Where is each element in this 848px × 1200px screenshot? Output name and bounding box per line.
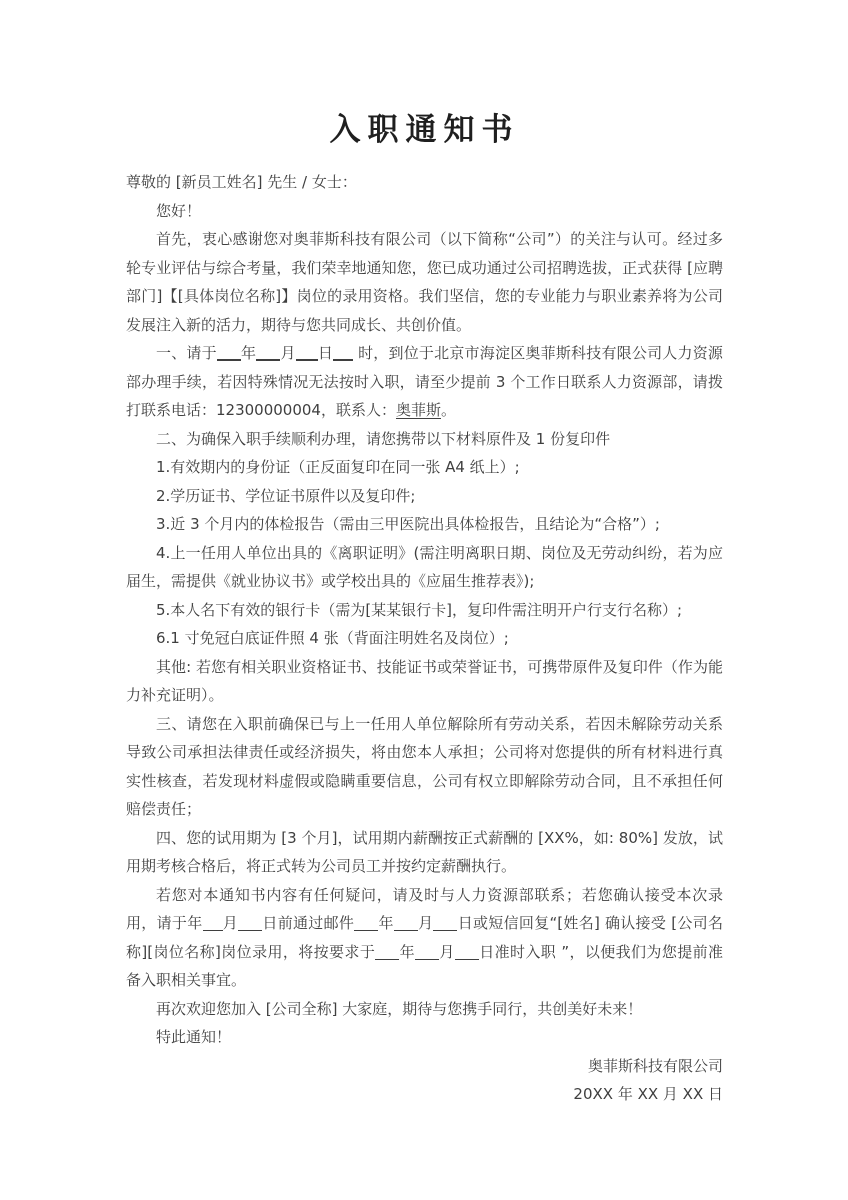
fill-in-blank bbox=[256, 344, 280, 361]
fill-in-blank bbox=[455, 944, 479, 960]
fill-in-blank bbox=[238, 915, 262, 931]
greeting: 您好！ bbox=[126, 197, 723, 226]
material-item-5: 5.本人名下有效的银行卡（需为[某某银行卡]，复印件需注明开户行支行名称）; bbox=[126, 596, 723, 625]
material-item-2: 2.学历证书、学位证书原件以及复印件; bbox=[126, 482, 723, 511]
material-item-6: 6.1 寸免冠白底证件照 4 张（背面注明姓名及岗位）; bbox=[126, 624, 723, 653]
material-item-3: 3.近 3 个月内的体检报告（需由三甲医院出具体检报告，且结论为“合格”）; bbox=[126, 510, 723, 539]
paragraph-intro: 首先，衷心感谢您对奥菲斯科技有限公司（以下简称“公司”）的关注与认可。经过多轮专… bbox=[126, 225, 723, 339]
fill-in-blank bbox=[296, 344, 318, 361]
notice-document: 入职通知书 尊敬的 [新员工姓名] 先生 / 女士： 您好！ 首先，衷心感谢您对… bbox=[0, 0, 848, 1200]
material-item-other: 其他: 若您有相关职业资格证书、技能证书或荣誉证书，可携带原件及复印件（作为能力… bbox=[126, 653, 723, 710]
fill-in-blank bbox=[333, 344, 353, 361]
material-item-4: 4.上一任用人单位出具的《离职证明》(需注明离职日期、岗位及无劳动纠纷，若为应届… bbox=[126, 539, 723, 596]
fill-in-blank bbox=[354, 915, 378, 931]
paragraph-section-three: 三、请您在入职前确保已与上一任用人单位解除所有劳动关系，若因未解除劳动关系导致公… bbox=[126, 710, 723, 824]
signature-date: 20XX 年 XX 月 XX 日 bbox=[126, 1080, 723, 1109]
fill-in-blank bbox=[394, 915, 418, 931]
material-item-1: 1.有效期内的身份证（正反面复印在同一张 A4 纸上）; bbox=[126, 453, 723, 482]
salutation: 尊敬的 [新员工姓名] 先生 / 女士： bbox=[126, 168, 723, 197]
fill-in-blank bbox=[415, 944, 439, 960]
fill-in-blank bbox=[217, 344, 241, 361]
paragraph-closing: 特此通知！ bbox=[126, 1023, 723, 1052]
document-title: 入职通知书 bbox=[126, 108, 723, 152]
paragraph-section-two: 二、为确保入职手续顺利办理，请您携带以下材料原件及 1 份复印件 bbox=[126, 425, 723, 454]
paragraph-section-one: 一、请于年月日 时，到位于北京市海淀区奥菲斯科技有限公司人力资源部办理手续，若因… bbox=[126, 339, 723, 425]
fill-in-blank bbox=[433, 915, 457, 931]
paragraph-section-four: 四、您的试用期为 [3 个月]，试用期内薪酬按正式薪酬的 [XX%，如: 80%… bbox=[126, 824, 723, 881]
underlined-contact-name: 奥菲斯 bbox=[396, 401, 441, 419]
signature-company: 奥菲斯科技有限公司 bbox=[126, 1052, 723, 1081]
fill-in-blank bbox=[375, 944, 399, 960]
paragraph-acceptance: 若您对本通知书内容有任何疑问，请及时与人力资源部联系；若您确认接受本次录用，请于… bbox=[126, 881, 723, 995]
paragraph-welcome: 再次欢迎您加入 [公司全称] 大家庭，期待与您携手同行，共创美好未来！ bbox=[126, 995, 723, 1024]
fill-in-blank bbox=[203, 915, 223, 931]
